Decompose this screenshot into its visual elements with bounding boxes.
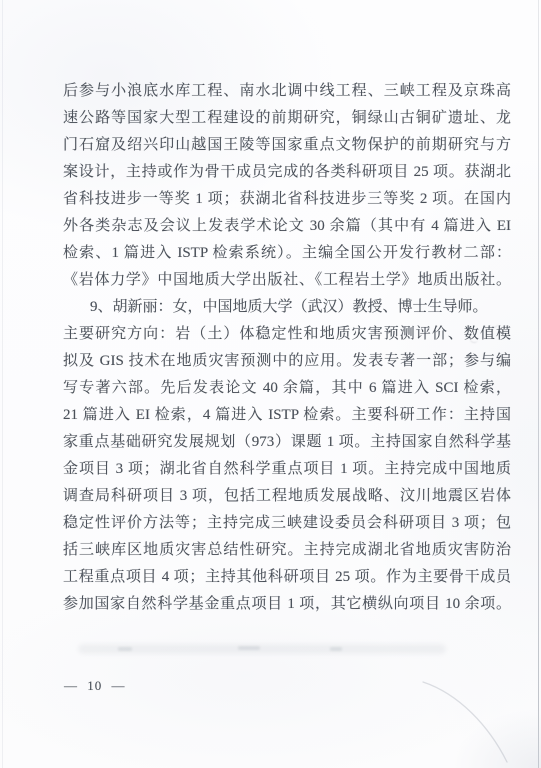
text-line: 主要研究方向：岩（土）体稳定性和地质灾害预测评价、数值模 bbox=[63, 321, 511, 348]
text-line: 写专著六部。先后发表论文 40 余篇，其中 6 篇进入 SCI 检索， bbox=[63, 375, 511, 402]
text-line: 门石窟及绍兴印山越国王陵等国家重点文物保护的前期研究与方 bbox=[63, 132, 511, 159]
text-line: 21 篇进入 EI 检索，4 篇进入 ISTP 检索。主要科研工作：主持国 bbox=[63, 402, 511, 429]
text-line: 调查局科研项目 3 项，包括工程地质发展战略、汶川地震区岩体 bbox=[63, 483, 511, 510]
text-line: 括三峡库区地质灾害总结性研究。主持完成湖北省地质灾害防治 bbox=[63, 537, 511, 564]
text-line: 后参与小浪底水库工程、南水北调中线工程、三峡工程及京珠高 bbox=[63, 78, 511, 105]
page-number: — 10 — bbox=[64, 678, 126, 694]
scan-smudge-dot bbox=[330, 647, 342, 651]
paragraph-2: 9、胡新丽：女，中国地质大学（武汉）教授、博士生导师。主要研究方向：岩（土）体稳… bbox=[63, 294, 511, 618]
text-line: 检索、1 篇进入 ISTP 检索系统）。主编全国公开发行教材二部： bbox=[63, 240, 511, 267]
text-line: 省科技进步一等奖 1 项；获湖北省科技进步三等奖 2 项。在国内 bbox=[63, 186, 511, 213]
scan-smudge-dot bbox=[238, 646, 260, 650]
text-line: 工程重点项目 4 项；主持其他科研项目 25 项。作为主要骨干成员 bbox=[63, 564, 511, 591]
scan-left-edge-line bbox=[2, 0, 3, 768]
paragraph-1: 后参与小浪底水库工程、南水北调中线工程、三峡工程及京珠高速公路等国家大型工程建设… bbox=[63, 78, 511, 294]
text-line: 外各类杂志及会议上发表学术论文 30 余篇（其中有 4 篇进入 EI bbox=[63, 213, 511, 240]
text-line: 速公路等国家大型工程建设的前期研究，铜绿山古铜矿遗址、龙 bbox=[63, 105, 511, 132]
text-line: 稳定性评价方法等；主持完成三峡建设委员会科研项目 3 项；包 bbox=[63, 510, 511, 537]
scanned-document-page: 后参与小浪底水库工程、南水北调中线工程、三峡工程及京珠高速公路等国家大型工程建设… bbox=[0, 0, 541, 768]
text-line: 拟及 GIS 技术在地质灾害预测中的应用。发表专著一部；参与编 bbox=[63, 348, 511, 375]
text-line: 案设计，主持或作为骨干成员完成的各类科研项目 25 项。获湖北 bbox=[63, 159, 511, 186]
body-text: 后参与小浪底水库工程、南水北调中线工程、三峡工程及京珠高速公路等国家大型工程建设… bbox=[63, 78, 511, 618]
text-line: 参加国家自然科学基金重点项目 1 项，其它横纵向项目 10 余项。 bbox=[63, 591, 511, 618]
text-line: 9、胡新丽：女，中国地质大学（武汉）教授、博士生导师。 bbox=[63, 294, 511, 321]
scan-smudge-dot bbox=[118, 647, 132, 651]
text-line: 金项目 3 项；湖北省自然科学重点项目 1 项。主持完成中国地质 bbox=[63, 456, 511, 483]
text-line: 家重点基础研究发展规划（973）课题 1 项。主持国家自然科学基 bbox=[63, 429, 511, 456]
scan-crease-curve bbox=[415, 628, 541, 768]
scan-smudge-band bbox=[78, 644, 446, 654]
text-line: 《岩体力学》中国地质大学出版社、《工程岩土学》地质出版社。 bbox=[63, 267, 511, 294]
